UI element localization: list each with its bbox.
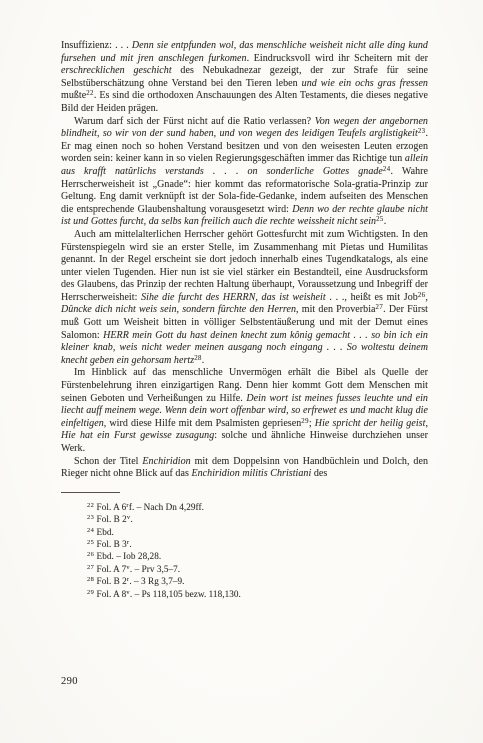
footnote: 28 Fol. B 2r. – 3 Rg 3,7–9. bbox=[61, 575, 428, 587]
paragraph: Schon der Titel Enchiridion mit dem Dopp… bbox=[61, 456, 428, 481]
text-run: . bbox=[202, 355, 205, 366]
text-run: HERR mein Gott du hast deinen knecht zum… bbox=[61, 330, 428, 366]
text-run: Ebd. bbox=[94, 527, 114, 537]
paragraph: Warum darf sich der Fürst nicht auf die … bbox=[61, 116, 428, 229]
text-run: Hie hat ein Furst gewisse zusagung bbox=[61, 430, 214, 441]
text-run: , mit den Proverbia bbox=[296, 304, 375, 315]
text-run: erschrecklichen geschicht bbox=[61, 65, 172, 76]
text-run: . – Ps 118,105 bezw. 118,130. bbox=[130, 589, 241, 599]
superscript-ref: 29 bbox=[301, 418, 309, 425]
footnote: 26 Ebd. – Iob 28,28. bbox=[61, 550, 428, 562]
text-run: Schon der Titel bbox=[74, 456, 142, 467]
text-run: und wie ein ochs gras fressen bbox=[302, 78, 428, 89]
text-run: Insuffizienz: . . . bbox=[61, 40, 132, 51]
superscript-ref: 22 bbox=[86, 90, 94, 97]
text-run: des bbox=[311, 468, 327, 479]
page-number: 290 bbox=[61, 676, 78, 687]
text-run: . – Prv 3,5–7. bbox=[130, 564, 180, 574]
text-run: . . ., heißt es mit Job bbox=[326, 292, 418, 303]
footnote-separator bbox=[61, 492, 120, 493]
superscript-ref: 27 bbox=[376, 304, 384, 311]
footnotes: 22 Fol. A 6rf. – Nach Dn 4,29ff.23 Fol. … bbox=[61, 501, 428, 600]
footnote: 24 Ebd. bbox=[61, 526, 428, 538]
book-page: Insuffizienz: . . . Denn sie entpfunden … bbox=[0, 0, 483, 743]
text-run: . – 3 Rg 3,7–9. bbox=[129, 576, 184, 586]
text-run: , bbox=[425, 292, 428, 303]
text-run: , wird diese Hilfe mit dem Psalmisten ge… bbox=[104, 418, 302, 429]
superscript-ref: 25 bbox=[376, 216, 384, 223]
text-run: . bbox=[384, 216, 387, 227]
text-run: Ebd. – Iob 28,28. bbox=[94, 551, 161, 561]
text-run: . Es sind die orthodoxen Anschauungen de… bbox=[61, 90, 428, 114]
text-run: . bbox=[129, 539, 131, 549]
body-text: Insuffizienz: . . . Denn sie entpfunden … bbox=[61, 40, 428, 481]
text-run: Fol. A 8 bbox=[94, 589, 126, 599]
text-run: Hie spricht der heilig geist bbox=[315, 418, 426, 429]
paragraph: Insuffizienz: . . . Denn sie entpfunden … bbox=[61, 40, 428, 116]
text-run: , bbox=[425, 418, 428, 429]
paragraph: Auch am mittelalterlichen Herrscher gehö… bbox=[61, 229, 428, 368]
footnote: 22 Fol. A 6rf. – Nach Dn 4,29ff. bbox=[61, 501, 428, 513]
text-run: Fol. B 3 bbox=[94, 539, 127, 549]
text-run: Fol. A 7 bbox=[94, 564, 126, 574]
paragraph: Im Hinblick auf das menschliche Unvermög… bbox=[61, 367, 428, 455]
text-run: Enchiridion militis Christiani bbox=[191, 468, 311, 479]
text-run: f. – Nach Dn 4,29ff. bbox=[129, 502, 204, 512]
footnote: 29 Fol. A 8v. – Ps 118,105 bezw. 118,130… bbox=[61, 588, 428, 600]
text-run: . Eindrucksvoll wird ihr Scheitern mit d… bbox=[247, 53, 428, 64]
text-run: Dûncke dich nicht weis sein, sondern fûr… bbox=[61, 304, 296, 315]
text-run: mußte bbox=[61, 90, 86, 101]
text-run: Sihe die furcht des HERRN, das ist weish… bbox=[141, 292, 326, 303]
footnote: 25 Fol. B 3r. bbox=[61, 538, 428, 550]
text-run: . bbox=[130, 514, 132, 524]
text-run: Fol. A 6 bbox=[94, 502, 126, 512]
superscript-ref: 24 bbox=[383, 166, 391, 173]
text-run: Enchiridion bbox=[142, 456, 190, 467]
text-run: Fol. B 2 bbox=[94, 576, 127, 586]
superscript-ref: 28 bbox=[194, 355, 202, 362]
text-run: Fol. B 2 bbox=[94, 514, 127, 524]
footnote: 27 Fol. A 7v. – Prv 3,5–7. bbox=[61, 563, 428, 575]
footnote: 23 Fol. B 2v. bbox=[61, 513, 428, 525]
text-run: Warum darf sich der Fürst nicht auf die … bbox=[74, 116, 315, 127]
